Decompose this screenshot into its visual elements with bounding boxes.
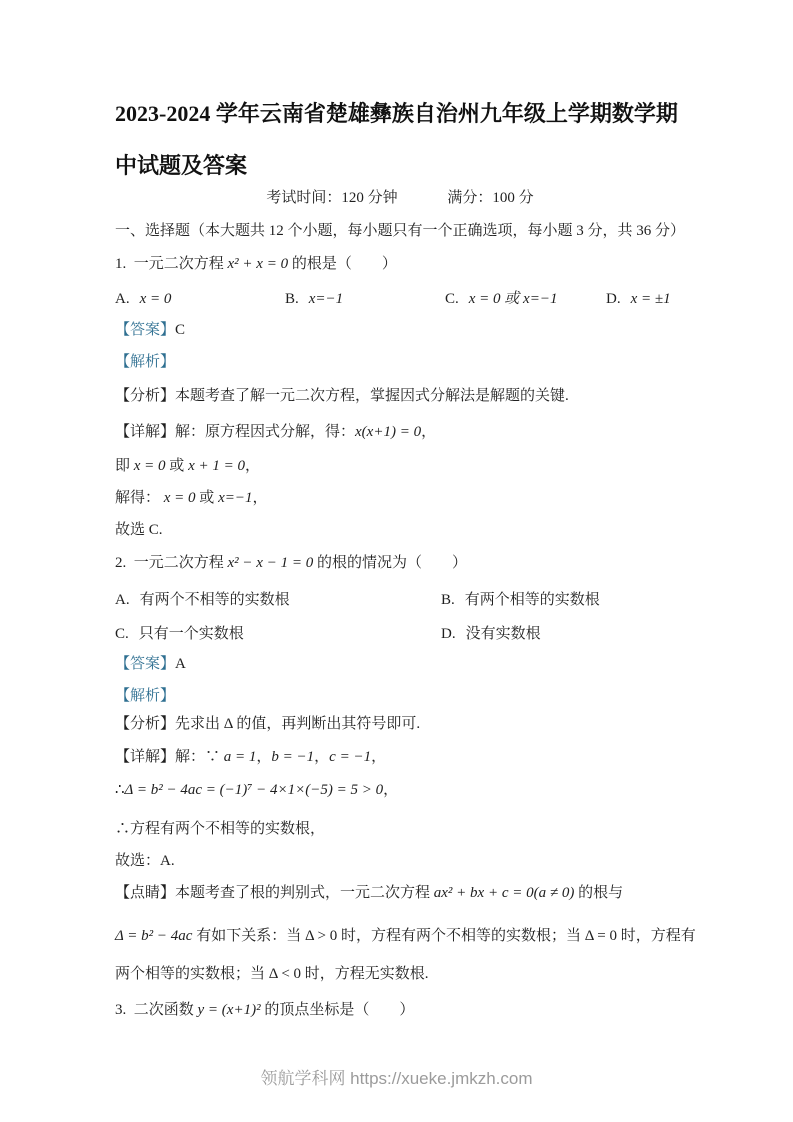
q1-conclusion-line: 故选 C. bbox=[115, 518, 708, 542]
q2-analysis-line: 【分析】先求出 Δ 的值，再判断出其符号即可. bbox=[115, 712, 708, 736]
text-run: ∴方程有两个不相等的实数根， bbox=[115, 821, 325, 837]
q2-option-d: D. 没有实数根 bbox=[441, 622, 541, 646]
option-value: 没有实数根 bbox=[466, 622, 541, 646]
text-run: x=−1 bbox=[218, 490, 252, 506]
q1-option-b: B. x=−1 bbox=[285, 287, 445, 311]
text-run: 【解析】 bbox=[115, 354, 175, 370]
q2-options-row-1: A. 有两个不相等的实数根 B. 有两个相等的实数根 bbox=[115, 588, 708, 612]
text-run: 有如下关系：当 Δ > 0 时，方程有两个不相等的实数根；当 Δ = 0 时，方… bbox=[192, 928, 695, 944]
full-score-label: 满分：100 分 bbox=[447, 186, 533, 207]
option-value: x = ±1 bbox=[631, 287, 671, 311]
option-value: 有两个相等的实数根 bbox=[465, 588, 600, 612]
q2-tip-line-3: 两个相等的实数根；当 Δ < 0 时，方程无实数根. bbox=[115, 962, 708, 986]
text-run: ∴ bbox=[115, 782, 125, 798]
option-label: B. bbox=[285, 287, 299, 311]
text-run: 即 bbox=[115, 458, 134, 474]
q1-step1-line: 即 x = 0 或 x + 1 = 0， bbox=[115, 454, 708, 478]
text-run: x = 0 bbox=[134, 458, 166, 474]
text-run: x² + x = 0 bbox=[228, 256, 289, 272]
text-run: b = −1 bbox=[271, 749, 314, 765]
option-label: D. bbox=[441, 622, 456, 646]
text-run: 的根的情况为（ ） bbox=[313, 555, 467, 571]
q2-conclusion2-line: 故选：A. bbox=[115, 849, 708, 873]
text-run: Δ = b² − 4ac bbox=[115, 928, 192, 944]
option-value: 有两个不相等的实数根 bbox=[140, 588, 290, 612]
q1-detail-line: 【详解】解：原方程因式分解，得：x(x+1) = 0， bbox=[115, 420, 708, 444]
q2-conclusion1-line: ∴方程有两个不相等的实数根， bbox=[115, 817, 708, 841]
text-run: 故选：A. bbox=[115, 853, 175, 869]
option-label: A. bbox=[115, 588, 130, 612]
q2-detail-line: 【详解】解：∵ a = 1，b = −1，c = −1， bbox=[115, 745, 708, 769]
option-value: x = 0 bbox=[140, 287, 172, 311]
exam-meta-line: 考试时间：120 分钟 满分：100 分 bbox=[115, 186, 685, 207]
section-heading: 一、选择题（本大题共 12 个小题，每小题只有一个正确选项，每小题 3 分，共 … bbox=[115, 219, 708, 243]
text-run: x + 1 = 0 bbox=[188, 458, 245, 474]
text-run: 的顶点坐标是（ ） bbox=[261, 1002, 415, 1018]
text-run: 的根与 bbox=[574, 885, 623, 901]
text-run: 【分析】先求出 Δ 的值，再判断出其符号即可. bbox=[115, 716, 420, 732]
q2-option-a: A. 有两个不相等的实数根 bbox=[115, 588, 441, 612]
q2-tip-line-1: 【点睛】本题考查了根的判别式，一元二次方程 ax² + bx + c = 0(a… bbox=[115, 881, 708, 905]
q2-tip-line-2: Δ = b² − 4ac 有如下关系：当 Δ > 0 时，方程有两个不相等的实数… bbox=[115, 924, 708, 948]
option-label: D. bbox=[606, 287, 621, 311]
text-run: Δ = b² − 4ac = (−1)⁷ − 4×1×(−5) = 5 > 0 bbox=[125, 782, 384, 798]
text-run: a = 1 bbox=[224, 749, 257, 765]
text-run: 3. 二次函数 bbox=[115, 1002, 198, 1018]
q3-stem: 3. 二次函数 y = (x+1)² 的顶点坐标是（ ） bbox=[115, 998, 708, 1022]
q1-analysis-line: 【分析】本题考查了解一元二次方程，掌握因式分解法是解题的关键. bbox=[115, 384, 708, 408]
q2-analysis-tag-line: 【解析】 bbox=[115, 684, 708, 708]
text-run: 2. 一元二次方程 bbox=[115, 555, 228, 571]
text-run: 解得： bbox=[115, 490, 164, 506]
q2-stem: 2. 一元二次方程 x² − x − 1 = 0 的根的情况为（ ） bbox=[115, 551, 708, 575]
text-run: 【解析】 bbox=[115, 688, 175, 704]
text-run: 【答案】 bbox=[115, 322, 175, 338]
text-run: ， bbox=[256, 749, 271, 765]
q2-options-row-2: C. 只有一个实数根 D. 没有实数根 bbox=[115, 622, 708, 646]
text-run: 故选 C. bbox=[115, 522, 163, 538]
option-value: 只有一个实数根 bbox=[139, 622, 244, 646]
option-value: x=−1 bbox=[309, 287, 343, 311]
exam-document-page: 2023-2024 学年云南省楚雄彝族自治州九年级上学期数学期中试题及答案 考试… bbox=[0, 0, 793, 1122]
text-run: x = 0 bbox=[164, 490, 196, 506]
text-run: c = −1 bbox=[329, 749, 371, 765]
option-label: C. bbox=[445, 287, 459, 311]
watermark-footer: 领航学科网 https://xueke.jmkzh.com bbox=[0, 1064, 793, 1089]
q2-option-b: B. 有两个相等的实数根 bbox=[441, 588, 600, 612]
text-run: C bbox=[175, 322, 185, 338]
document-title: 2023-2024 学年云南省楚雄彝族自治州九年级上学期数学期中试题及答案 bbox=[115, 88, 697, 192]
text-run: 两个相等的实数根；当 Δ < 0 时，方程无实数根. bbox=[115, 966, 429, 982]
text-run: 的根是（ ） bbox=[288, 256, 397, 272]
text-run: x² − x − 1 = 0 bbox=[228, 555, 314, 571]
option-label: C. bbox=[115, 622, 129, 646]
text-run: 或 bbox=[196, 490, 219, 506]
q1-option-d: D. x = ±1 bbox=[606, 287, 671, 311]
text-run: 1. 一元二次方程 bbox=[115, 256, 228, 272]
text-run: x(x+1) = 0 bbox=[355, 424, 421, 440]
text-run: ， bbox=[245, 458, 260, 474]
q1-stem: 1. 一元二次方程 x² + x = 0 的根是（ ） bbox=[115, 252, 708, 276]
text-run: 或 bbox=[166, 458, 189, 474]
text-run: 【点睛】本题考查了根的判别式，一元二次方程 bbox=[115, 885, 434, 901]
q1-option-c: C. x = 0 或 x=−1 bbox=[445, 287, 606, 311]
q1-analysis-tag-line: 【解析】 bbox=[115, 350, 708, 374]
text-run: ， bbox=[252, 490, 267, 506]
text-run: A bbox=[175, 656, 186, 672]
text-run: 【答案】 bbox=[115, 656, 175, 672]
text-run: y = (x+1)² bbox=[198, 1002, 261, 1018]
option-label: B. bbox=[441, 588, 455, 612]
q1-options-row: A. x = 0 B. x=−1 C. x = 0 或 x=−1 D. x = … bbox=[115, 287, 708, 311]
q1-step2-line: 解得： x = 0 或 x=−1， bbox=[115, 486, 708, 510]
text-run: ， bbox=[383, 782, 398, 798]
q1-answer-line: 【答案】C bbox=[115, 318, 708, 342]
text-run: 【详解】解：原方程因式分解，得： bbox=[115, 424, 355, 440]
q2-calc-line: ∴Δ = b² − 4ac = (−1)⁷ − 4×1×(−5) = 5 > 0… bbox=[115, 778, 708, 802]
text-run: ， bbox=[421, 424, 436, 440]
text-run: 【分析】本题考查了解一元二次方程，掌握因式分解法是解题的关键. bbox=[115, 388, 569, 404]
option-label: A. bbox=[115, 287, 130, 311]
option-value: x = 0 或 x=−1 bbox=[469, 287, 558, 311]
text-run: ， bbox=[371, 749, 386, 765]
text-run: 【详解】解：∵ bbox=[115, 749, 224, 765]
q1-option-a: A. x = 0 bbox=[115, 287, 285, 311]
q2-answer-line: 【答案】A bbox=[115, 652, 708, 676]
text-run: ax² + bx + c = 0(a ≠ 0) bbox=[434, 885, 575, 901]
text-run: ， bbox=[314, 749, 329, 765]
exam-time-label: 考试时间：120 分钟 bbox=[266, 186, 397, 207]
q2-option-c: C. 只有一个实数根 bbox=[115, 622, 441, 646]
